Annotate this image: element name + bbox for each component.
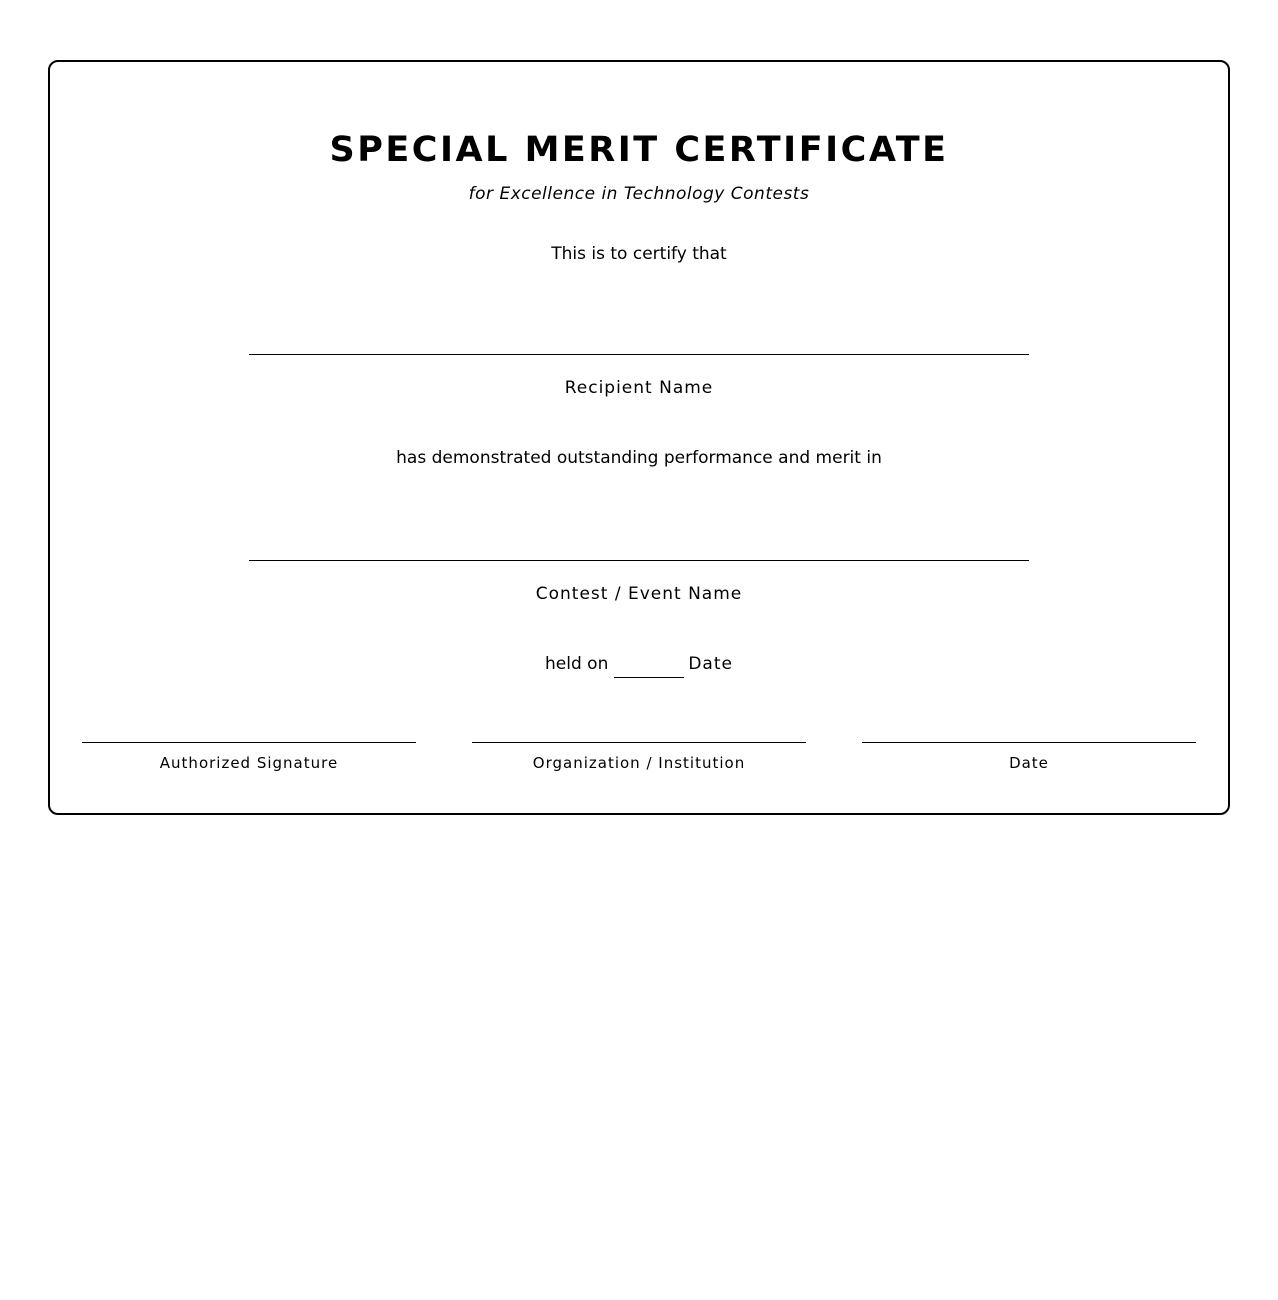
merit-statement: has demonstrated outstanding performance… xyxy=(50,446,1228,470)
organization-label: Organization / Institution xyxy=(472,753,806,773)
organization-line[interactable] xyxy=(472,742,806,743)
held-on-text: held on xyxy=(545,654,608,674)
certify-text: This is to certify that xyxy=(50,242,1228,266)
certificate-title: SPECIAL MERIT CERTIFICATE xyxy=(50,128,1228,172)
contest-name-line[interactable] xyxy=(249,560,1029,561)
recipient-name-line[interactable] xyxy=(249,354,1029,355)
signature-block-organization: Organization / Institution xyxy=(472,742,806,773)
authorized-signature-line[interactable] xyxy=(82,742,416,743)
certificate-frame: SPECIAL MERIT CERTIFICATE for Excellence… xyxy=(48,60,1230,815)
held-on-date-label: Date xyxy=(688,654,733,674)
recipient-name-label: Recipient Name xyxy=(50,376,1228,400)
held-on-date-blank[interactable] xyxy=(614,659,684,678)
certificate-subtitle: for Excellence in Technology Contests xyxy=(50,182,1228,206)
date-label: Date xyxy=(862,753,1196,773)
held-on-row: held onDate xyxy=(50,652,1228,678)
signature-block-authorized: Authorized Signature xyxy=(82,742,416,773)
signature-block-date: Date xyxy=(862,742,1196,773)
authorized-signature-label: Authorized Signature xyxy=(82,753,416,773)
date-line[interactable] xyxy=(862,742,1196,743)
contest-name-label: Contest / Event Name xyxy=(50,582,1228,606)
